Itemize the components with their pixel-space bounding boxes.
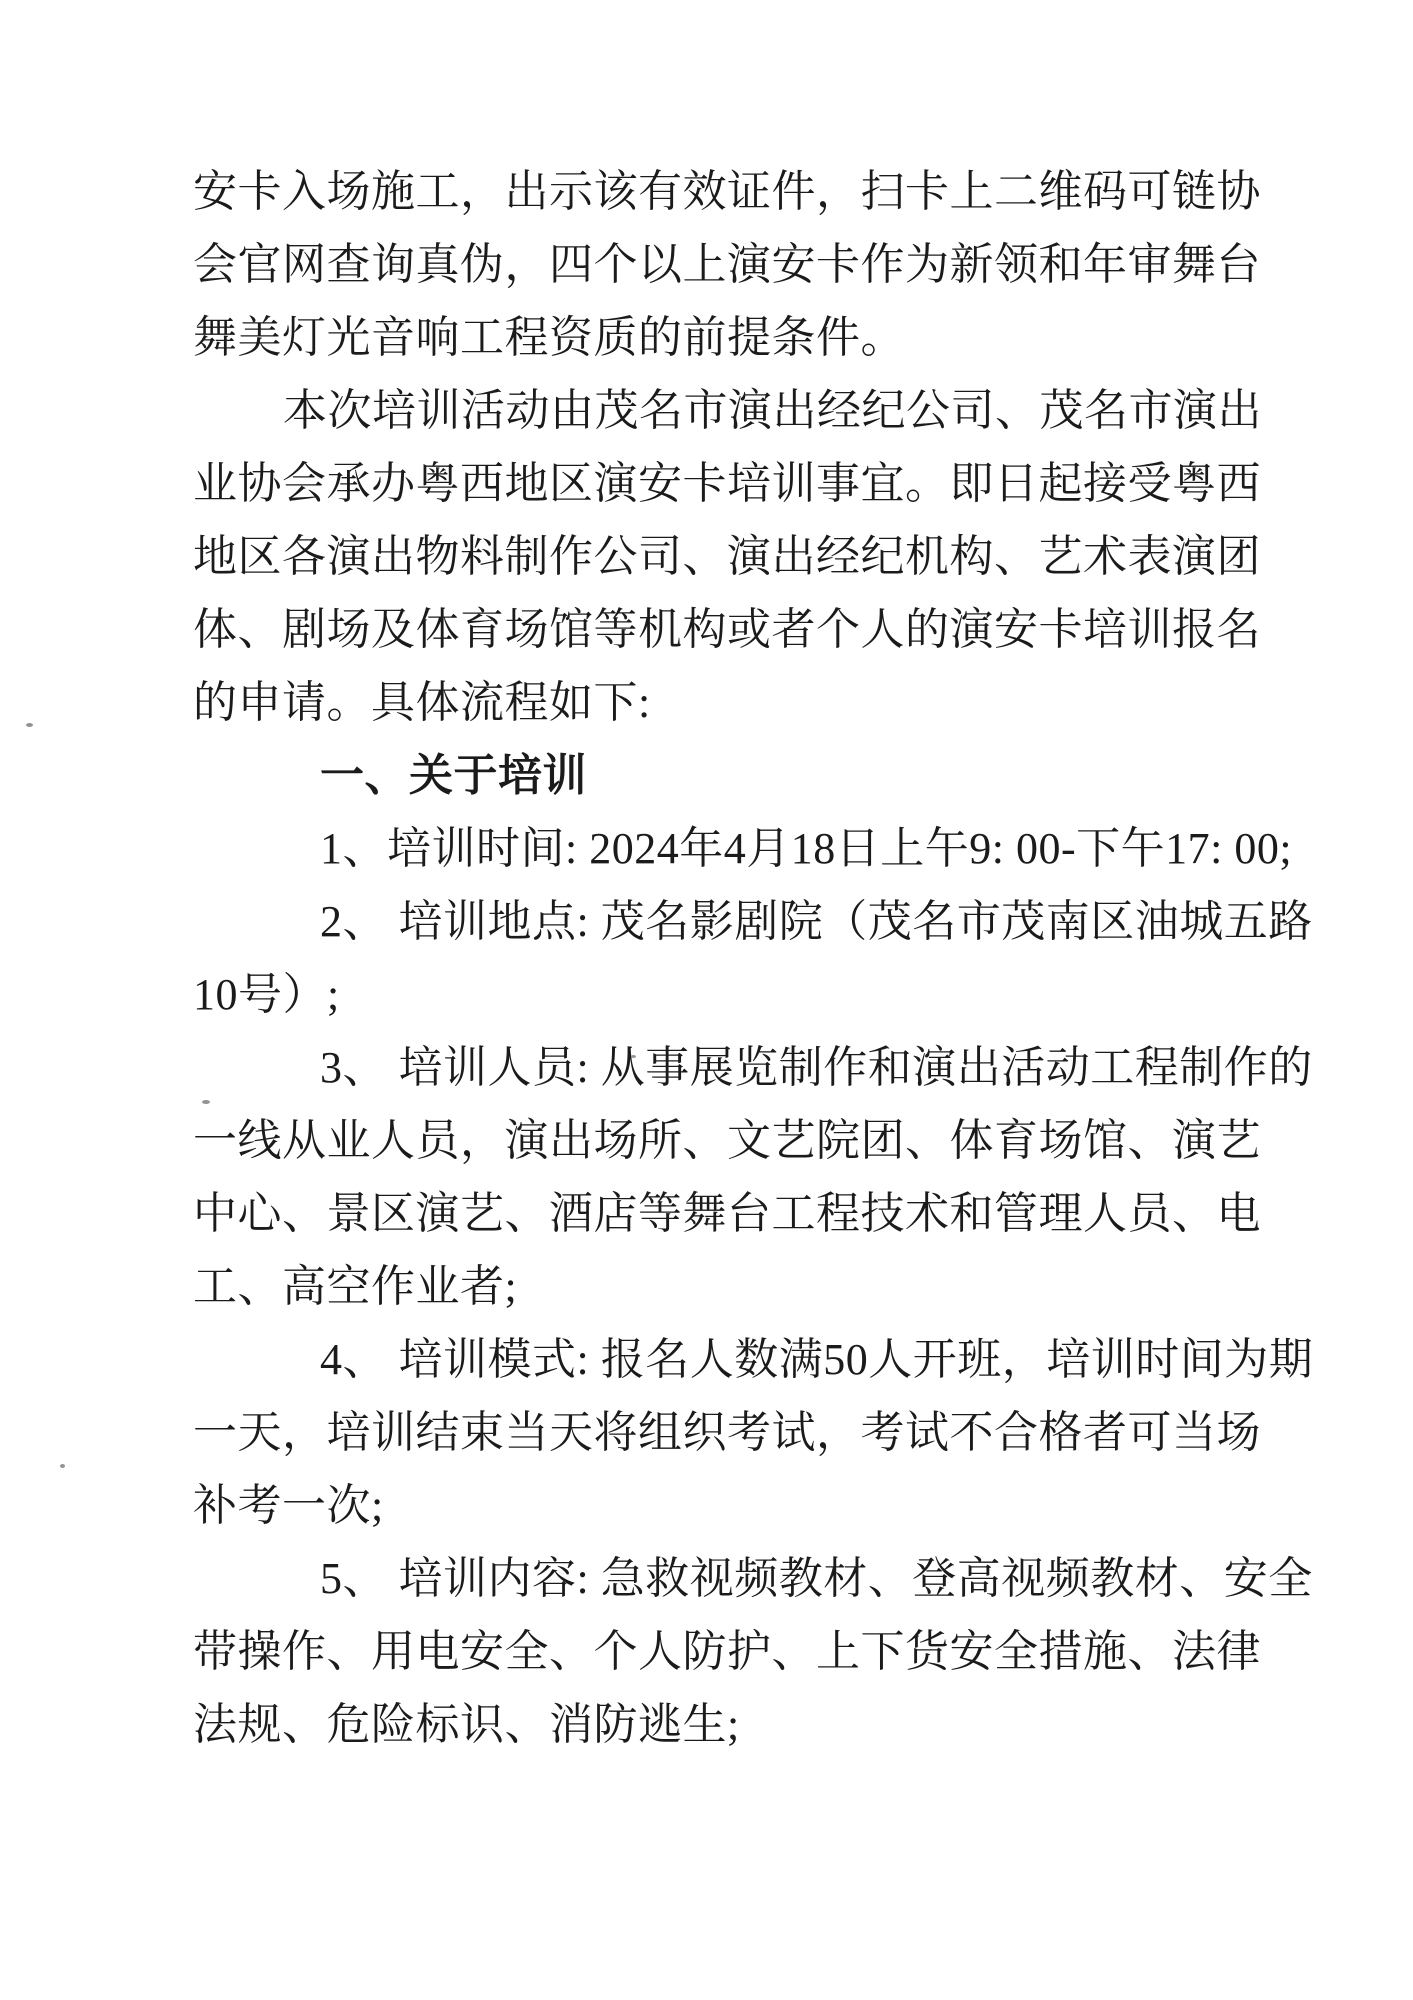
doc-line: 会官网查询真伪，四个以上演安卡作为新领和年审舞台 — [193, 228, 1193, 301]
doc-line-item-2: 2、 培训地点: 茂名影剧院（茂名市茂南区油城五路 — [193, 885, 1193, 958]
doc-line: 中心、景区演艺、酒店等舞台工程技术和管理人员、电 — [193, 1177, 1193, 1250]
doc-line: 10号）; — [193, 958, 1193, 1031]
doc-line-item-5: 5、 培训内容: 急救视频教材、登高视频教材、安全 — [193, 1542, 1193, 1615]
scan-speck — [60, 1464, 65, 1468]
doc-line-item-4: 4、 培训模式: 报名人数满50人开班，培训时间为期 — [193, 1323, 1193, 1396]
doc-line: 一天，培训结束当天将组织考试，考试不合格者可当场 — [193, 1396, 1193, 1469]
doc-line: 地区各演出物料制作公司、演出经纪机构、艺术表演团 — [193, 520, 1193, 593]
document-text-block: 安卡入场施工，出示该有效证件，扫卡上二维码可链协 会官网查询真伪，四个以上演安卡… — [193, 155, 1193, 1761]
doc-line: 补考一次; — [193, 1469, 1193, 1542]
doc-line: 本次培训活动由茂名市演出经纪公司、茂名市演出 — [193, 374, 1193, 447]
scan-speck — [26, 723, 33, 727]
doc-line: 法规、危险标识、消防逃生; — [193, 1688, 1193, 1761]
doc-line: 的申请。具体流程如下: — [193, 666, 1193, 739]
doc-line: 舞美灯光音响工程资质的前提条件。 — [193, 301, 1193, 374]
doc-line: 体、剧场及体育场馆等机构或者个人的演安卡培训报名 — [193, 593, 1193, 666]
doc-line: 工、高空作业者; — [193, 1250, 1193, 1323]
scan-speck — [631, 1055, 636, 1058]
doc-line: 安卡入场施工，出示该有效证件，扫卡上二维码可链协 — [193, 155, 1193, 228]
scan-speck — [202, 1100, 210, 1104]
doc-line: 带操作、用电安全、个人防护、上下货安全措施、法律 — [193, 1615, 1193, 1688]
doc-line-item-3: 3、 培训人员: 从事展览制作和演出活动工程制作的 — [193, 1031, 1193, 1104]
section-heading: 一、关于培训 — [193, 739, 1193, 812]
doc-line-item-1: 1、培训时间: 2024年4月18日上午9: 00-下午17: 00; — [193, 812, 1193, 885]
doc-line: 一线从业人员，演出场所、文艺院团、体育场馆、演艺 — [193, 1104, 1193, 1177]
doc-line: 业协会承办粤西地区演安卡培训事宜。即日起接受粤西 — [193, 447, 1193, 520]
document-page: 安卡入场施工，出示该有效证件，扫卡上二维码可链协 会官网查询真伪，四个以上演安卡… — [0, 0, 1413, 2000]
